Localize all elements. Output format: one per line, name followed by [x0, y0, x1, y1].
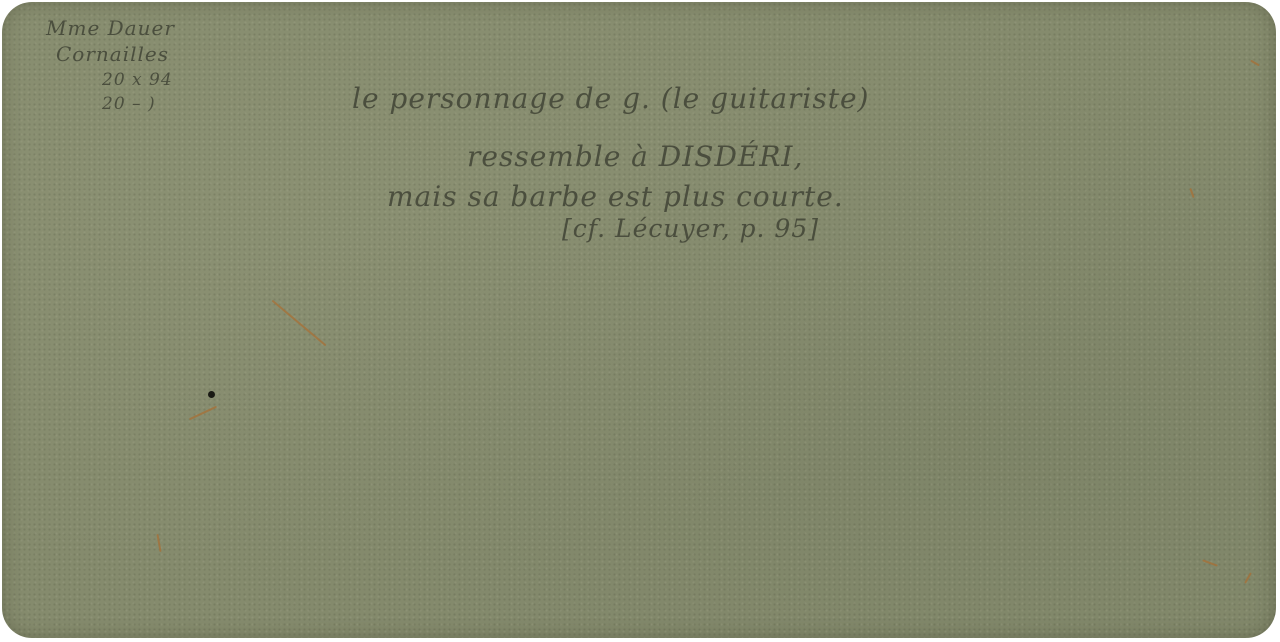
main-inscription-line-3: mais sa barbe est plus courte.	[387, 180, 844, 213]
paper-fiber	[156, 534, 161, 552]
paper-fiber	[189, 406, 217, 420]
main-inscription-line-1: le personnage de g. (le guitariste)	[352, 82, 869, 115]
paper-fiber	[1189, 188, 1194, 198]
paper-fiber	[272, 300, 327, 347]
main-inscription-line-2: ressemble à DISDÉRI,	[467, 140, 803, 173]
corner-inscription-line-1: Mme Dauer	[46, 16, 175, 40]
paper-fiber	[1244, 572, 1252, 583]
corner-inscription-line-2: Cornailles	[56, 42, 169, 66]
paper-fiber	[1202, 559, 1218, 566]
main-inscription-line-4: [cf. Lécuyer, p. 95]	[562, 214, 819, 243]
ink-spot	[208, 391, 215, 398]
paper-fiber	[1250, 60, 1260, 67]
card-back: Mme Dauer Cornailles 20 x 94 20 – ) le p…	[2, 2, 1276, 638]
corner-inscription-line-4: 20 – )	[102, 94, 156, 114]
corner-inscription-line-3: 20 x 94	[102, 70, 173, 90]
